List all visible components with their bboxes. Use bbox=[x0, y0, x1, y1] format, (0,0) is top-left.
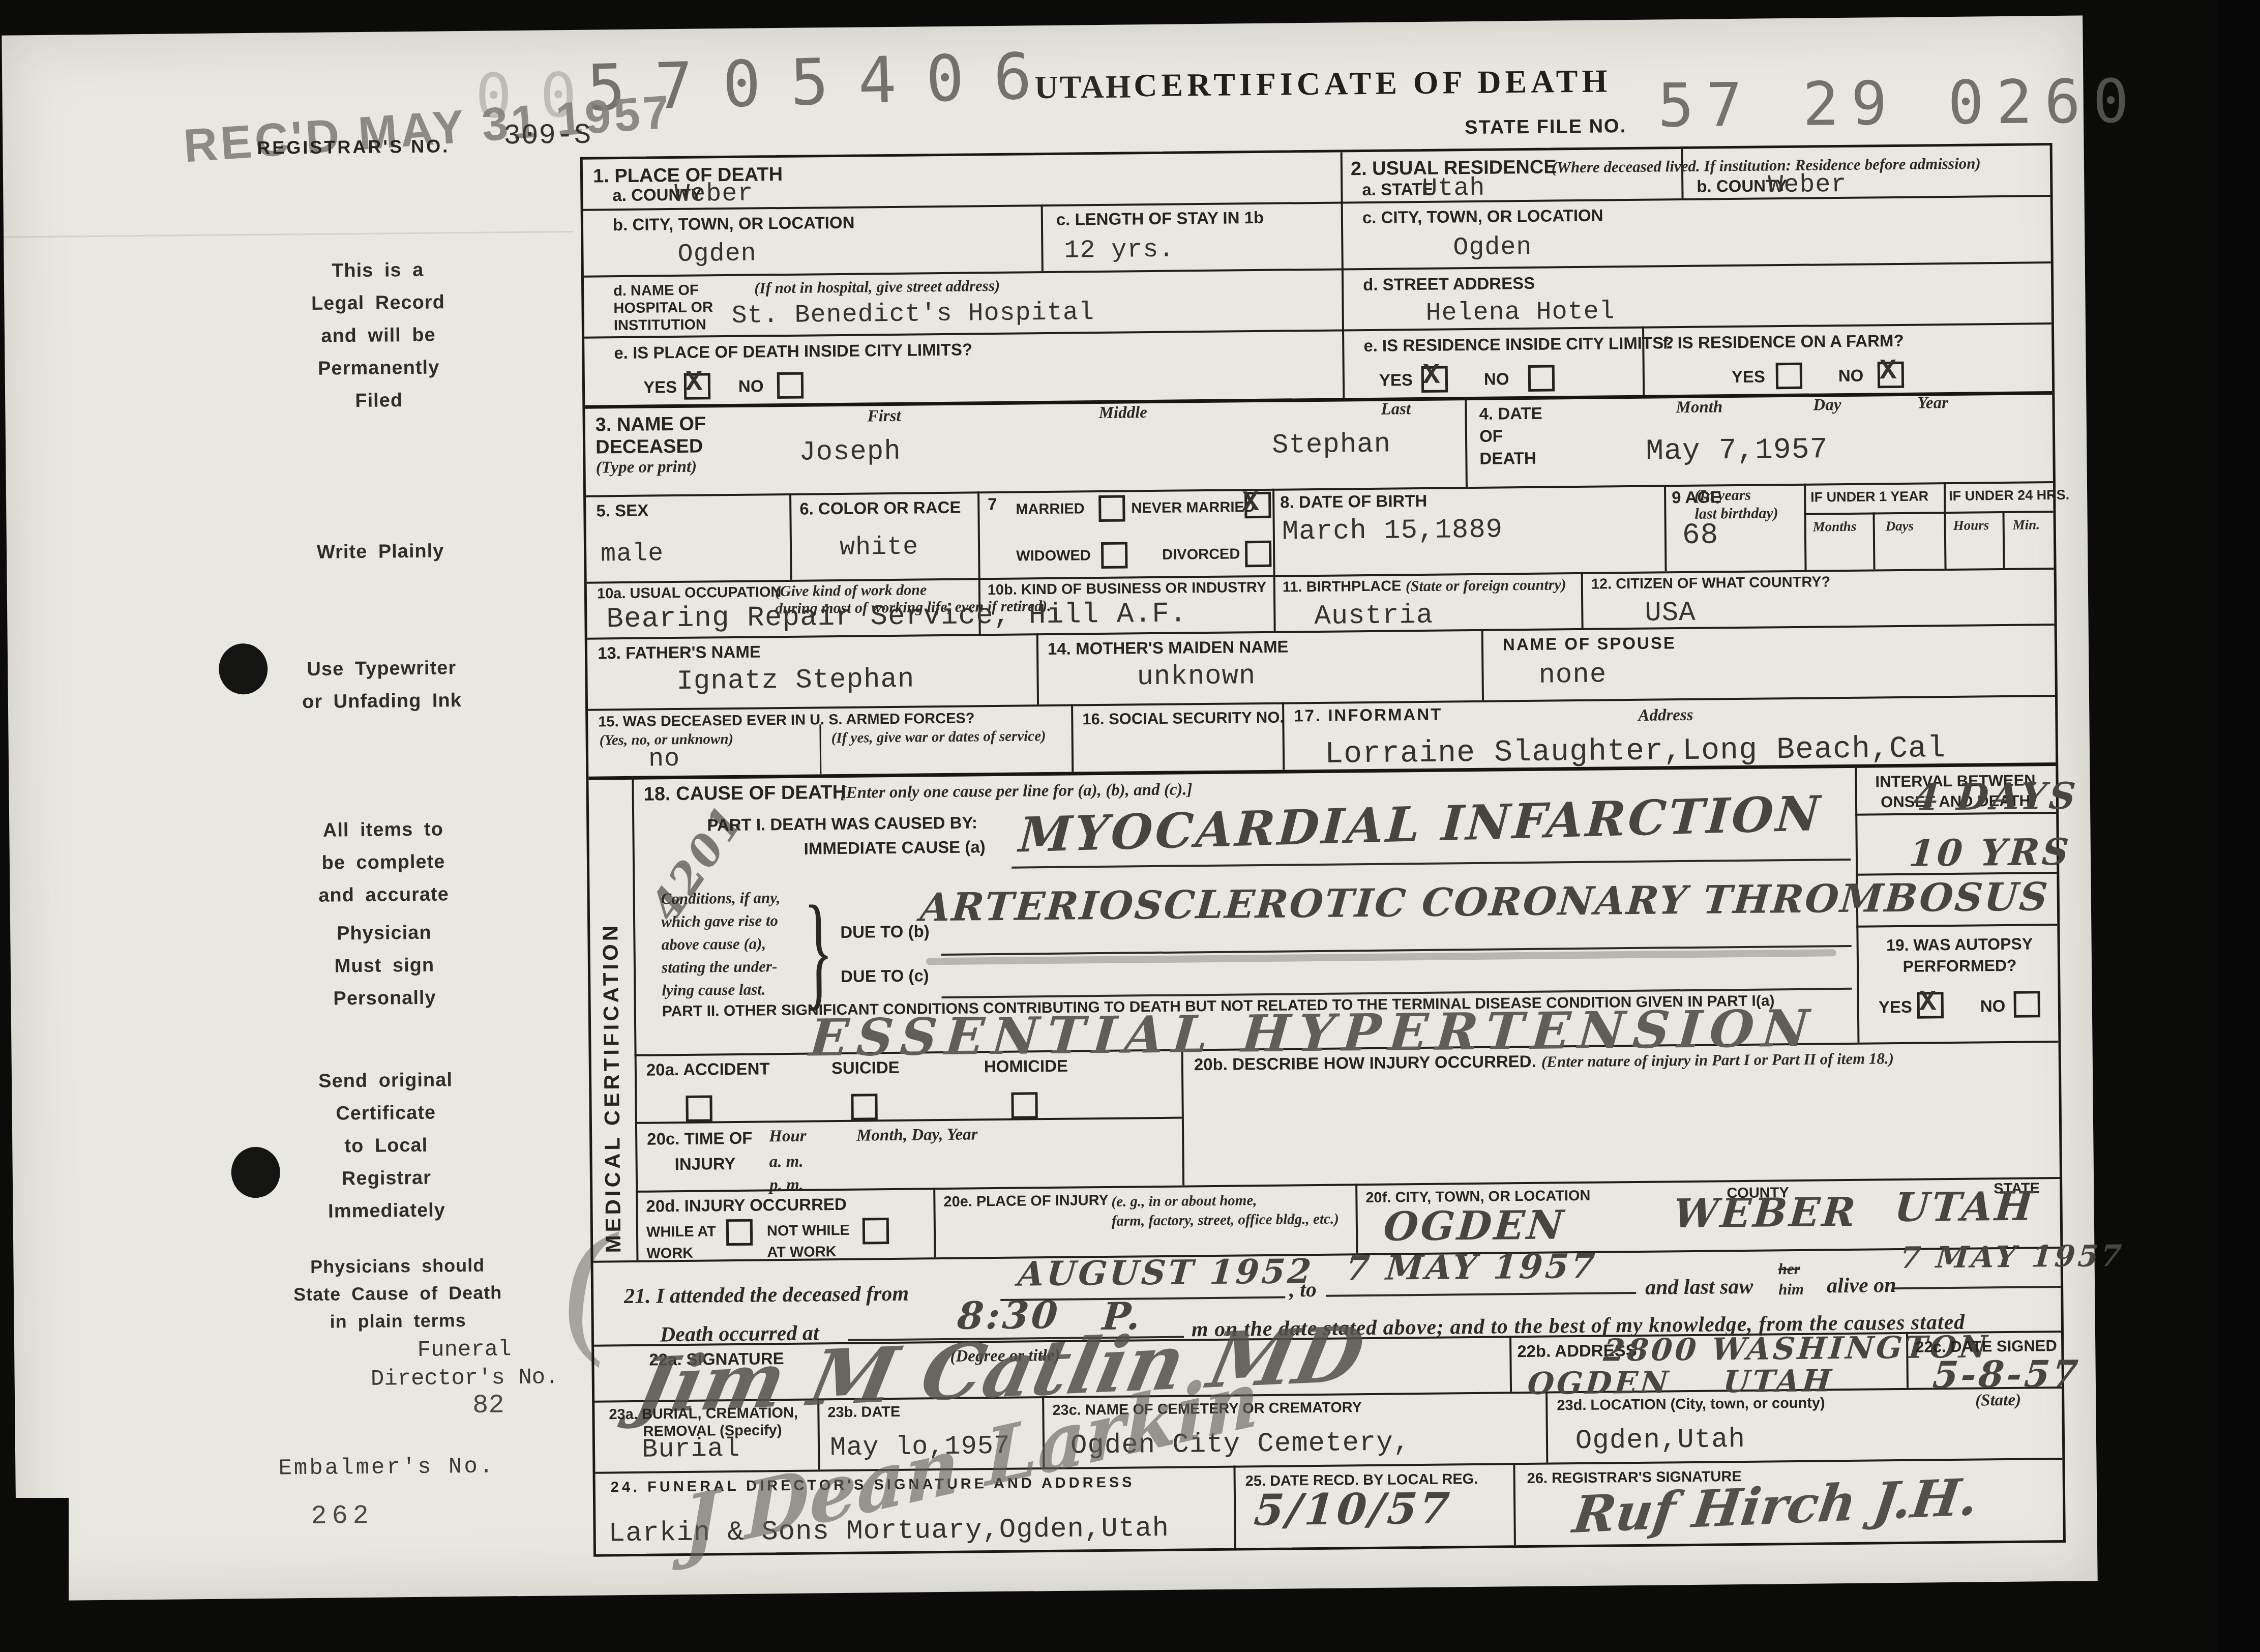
grid-line bbox=[1581, 572, 1584, 628]
field-20c-label: 20c. TIME OF bbox=[647, 1129, 753, 1149]
field-11-hint: (State or foreign country) bbox=[1406, 576, 1566, 595]
field-20f-state-value: UTAH bbox=[1893, 1183, 2037, 1231]
title-state: UTAH bbox=[1034, 68, 1133, 106]
field-1e-label: e. IS PLACE OF DEATH INSIDE CITY LIMITS? bbox=[614, 340, 972, 363]
field-3-middle-header: Middle bbox=[1098, 403, 1147, 423]
field-23d-state-hint: (State) bbox=[1975, 1391, 2021, 1410]
grid-line bbox=[584, 261, 2051, 278]
checkmark-2f-no: X bbox=[1880, 355, 1897, 387]
checkmark-7-never-married: X bbox=[1242, 486, 1259, 519]
margin-note-send-original: Send original Certificate to Local Regis… bbox=[294, 1064, 479, 1228]
field-12-label: 12. CITIZEN OF WHAT COUNTRY? bbox=[1591, 574, 1831, 593]
field-1a-value: Weber bbox=[674, 180, 754, 209]
medical-certification-sidebar: MEDICAL CERTIFICATION bbox=[598, 923, 626, 1253]
field-17-label: 17. INFORMANT bbox=[1294, 705, 1442, 726]
field-1b-label: b. CITY, TOWN, OR LOCATION bbox=[613, 213, 855, 235]
field-2a-value: Utah bbox=[1422, 174, 1485, 203]
field-1b-value: Ogden bbox=[677, 239, 757, 269]
scan-edge-band bbox=[2217, 0, 2260, 1652]
grid-line bbox=[1804, 511, 2053, 515]
field-2c-value: Ogden bbox=[1453, 233, 1532, 262]
alive-on-line bbox=[1893, 1286, 2061, 1289]
field-21-to-label: , to bbox=[1289, 1278, 1317, 1303]
checkbox-20a-accident bbox=[686, 1095, 712, 1122]
field-3-last-header: Last bbox=[1381, 400, 1411, 419]
field-17-value: Lorraine Slaughter,Long Beach,Cal bbox=[1325, 731, 1946, 772]
grid-line bbox=[1856, 924, 2057, 928]
field-3-first-header: First bbox=[867, 407, 901, 426]
checkbox-2e-no bbox=[1528, 365, 1555, 391]
field-18-due-c-label: DUE TO (c) bbox=[841, 966, 929, 986]
field-20d-notwhile-label2: AT WORK bbox=[767, 1244, 837, 1261]
field-25-value: 5/10/57 bbox=[1252, 1483, 1453, 1535]
grid-line bbox=[632, 776, 638, 1260]
field-6-label: 6. COLOR OR RACE bbox=[799, 498, 961, 519]
field-2e-yes-label: YES bbox=[1379, 370, 1413, 390]
field-20c-pm: p. m. bbox=[769, 1176, 804, 1195]
field-12-value: USA bbox=[1645, 598, 1696, 629]
field-20a-label: 20a. ACCIDENT bbox=[646, 1059, 770, 1079]
field-20d-notwhile-label: NOT WHILE bbox=[767, 1222, 850, 1240]
field-20f-city-value: OGDEN bbox=[1382, 1202, 1567, 1250]
field-2e-label: e. IS RESIDENCE INSIDE CITY LIMITS? bbox=[1363, 333, 1674, 356]
field-10b-label: 10b. KIND OF BUSINESS OR INDUSTRY bbox=[988, 579, 1267, 599]
field-1d-hint: (If not in hospital, give street address… bbox=[754, 277, 1000, 298]
checkmark-1e-yes: X bbox=[686, 366, 703, 399]
grid-line bbox=[1341, 152, 1345, 398]
scanned-death-certificate: 00 5705406 REC'D MAY 31 1957 REGISTRAR'S… bbox=[0, 0, 2260, 1652]
field-1e-no-label: NO bbox=[738, 376, 764, 396]
field-7-number: 7 bbox=[988, 494, 997, 514]
registrar-no-label: REGISTRAR'S NO. bbox=[257, 135, 450, 159]
field-18-immediate-cause-label: IMMEDIATE CAUSE (a) bbox=[804, 837, 986, 858]
field-days-header: Days bbox=[1886, 518, 1914, 535]
field-7-never-married-label: NEVER MARRIED bbox=[1131, 499, 1255, 517]
field-21-alive-value: 7 MAY 1957 bbox=[1899, 1238, 2125, 1275]
checkbox-19-no bbox=[2014, 991, 2040, 1017]
field-18-conditions-note: Conditions, if any, which gave rise to a… bbox=[661, 886, 781, 1001]
field-21-lastsaw-text: and last saw bbox=[1645, 1275, 1753, 1300]
field-22c-value: 5-8-57 bbox=[1931, 1352, 2082, 1397]
margin-note-physician-sign: Physician Must sign Personally bbox=[298, 916, 471, 1015]
field-4-title: 4. DATE OF DEATH bbox=[1479, 402, 1542, 470]
field-15-value: no bbox=[648, 745, 680, 774]
field-9-hint: (In years last birthday) bbox=[1694, 486, 1778, 523]
field-11-label: 11. BIRTHPLACE bbox=[1283, 578, 1402, 596]
field-13-label: 13. FATHER'S NAME bbox=[598, 642, 761, 663]
field-20e-hint: (e. g., in or about home, farm, factory,… bbox=[1111, 1190, 1339, 1231]
field-21-her: her bbox=[1778, 1260, 1800, 1278]
margin-note-all-items: All items to be complete and accurate bbox=[289, 813, 478, 912]
checkbox-20d-not-while-at-work bbox=[863, 1218, 889, 1244]
grid-line bbox=[1513, 1463, 1516, 1545]
state-file-no-label: STATE FILE NO. bbox=[1465, 115, 1626, 139]
field-3-last-value: Stephan bbox=[1272, 429, 1391, 461]
field-20c-mdy-header: Month, Day, Year bbox=[856, 1125, 978, 1145]
field-1c-label: c. LENGTH OF STAY IN 1b bbox=[1056, 208, 1264, 229]
field-9-value: 68 bbox=[1682, 519, 1719, 552]
grid-line bbox=[1944, 482, 1947, 569]
grid-line bbox=[819, 724, 821, 774]
checkbox-7-widowed bbox=[1101, 542, 1127, 569]
field-2-title-hint: (Where deceased lived. If institution: R… bbox=[1552, 154, 1981, 176]
page-title: CERTIFICATE OF DEATH bbox=[1134, 62, 1612, 104]
field-21-to-value: 7 MAY 1957 bbox=[1345, 1246, 1599, 1288]
field-20f-county-value: WEBER bbox=[1672, 1189, 1859, 1237]
field-15-label: 15. WAS DECEASED EVER IN U. S. ARMED FOR… bbox=[598, 710, 974, 730]
field-18-label: 18. CAUSE OF DEATH bbox=[643, 782, 846, 806]
grid-line bbox=[1465, 397, 1468, 487]
field-1e-yes-label: YES bbox=[643, 377, 677, 397]
margin-note-write-plainly: Write Plainly bbox=[289, 535, 472, 569]
field-7-married-label: MARRIED bbox=[1016, 500, 1085, 518]
grid-line bbox=[1272, 489, 1275, 575]
field-8-label: 8. DATE OF BIRTH bbox=[1280, 491, 1427, 512]
grid-line bbox=[1181, 1049, 1185, 1186]
field-7-divorced-label: DIVORCED bbox=[1162, 546, 1240, 563]
field-23d-value: Ogden,Utah bbox=[1575, 1424, 1746, 1457]
checkbox-20a-suicide bbox=[851, 1094, 877, 1120]
field-5-label: 5. SEX bbox=[596, 501, 648, 521]
field-10a-label: 10a. USUAL OCCUPATION bbox=[597, 584, 782, 602]
field-4-year-header: Year bbox=[1917, 394, 1948, 413]
grid-line bbox=[1509, 1336, 1512, 1392]
grid-line bbox=[1872, 512, 1875, 569]
field-14-value: unknown bbox=[1137, 661, 1256, 693]
grid-line bbox=[789, 493, 792, 580]
field-2d-label: d. STREET ADDRESS bbox=[1363, 274, 1535, 294]
field-21-from-value: AUGUST 1952 bbox=[1017, 1251, 1315, 1294]
field-min-header: Min. bbox=[2013, 517, 2040, 533]
field-23d-label: 23d. LOCATION (City, town, or county) bbox=[1557, 1395, 1825, 1414]
grid-line bbox=[1233, 1466, 1236, 1548]
state-file-no-value: 57 29 0260 bbox=[1657, 66, 2142, 140]
field-1c-value: 12 yrs. bbox=[1064, 235, 1175, 265]
field-18-label-hint: [Enter only one cause per line for (a), … bbox=[841, 780, 1193, 803]
field-10a-value: Bearing Repair Service, Hill A.F. bbox=[606, 597, 1187, 635]
field-2f-label: f. IS RESIDENCE ON A FARM? bbox=[1662, 331, 1904, 353]
field-16-label: 16. SOCIAL SECURITY NO. bbox=[1082, 709, 1284, 729]
field-21-him: him bbox=[1778, 1280, 1804, 1299]
field-20e-label: 20e. PLACE OF INJURY bbox=[943, 1192, 1109, 1211]
grid-line bbox=[2002, 511, 2005, 568]
field-4-month-header: Month bbox=[1676, 398, 1722, 417]
field-3-first-value: Joseph bbox=[799, 436, 901, 468]
checkbox-1e-no bbox=[777, 372, 804, 399]
field-19-yes-label: YES bbox=[1879, 997, 1912, 1017]
field-11-value: Austria bbox=[1314, 600, 1433, 632]
scan-corner-shadow bbox=[0, 1498, 69, 1652]
grid-line bbox=[1545, 1392, 1548, 1463]
field-6-value: white bbox=[840, 533, 919, 562]
pencil-smudge bbox=[926, 949, 1836, 965]
field-20c-hour-header: Hour bbox=[769, 1127, 807, 1146]
funeral-director-no-value: 82 bbox=[472, 1391, 504, 1420]
embalmer-no-value: 262 bbox=[311, 1502, 374, 1531]
attended-to-line bbox=[1326, 1292, 1636, 1297]
field-1d-label: d. NAME OF HOSPITAL OR INSTITUTION bbox=[613, 281, 713, 334]
checkbox-2f-yes bbox=[1776, 363, 1802, 389]
field-20d-while-label: WHILE AT bbox=[646, 1223, 716, 1241]
checkmark-2e-yes: X bbox=[1423, 359, 1440, 392]
field-21-attended-text: 21. I attended the deceased from bbox=[624, 1282, 909, 1309]
field-17-address-header: Address bbox=[1638, 706, 1693, 725]
grid-line bbox=[1664, 485, 1667, 571]
punch-hole bbox=[231, 1147, 280, 1198]
field-21-alive-text: alive on bbox=[1827, 1273, 1896, 1298]
field-23a-value: Burial bbox=[642, 1434, 740, 1465]
field-spouse-value: none bbox=[1538, 659, 1607, 691]
interval-b-value: 10 YRS bbox=[1908, 830, 2073, 875]
checkbox-7-divorced bbox=[1245, 541, 1271, 567]
grid-line bbox=[1036, 633, 1039, 704]
registrar-no-value: 309-S bbox=[503, 119, 592, 153]
field-spouse-label: NAME OF SPOUSE bbox=[1503, 633, 1676, 654]
cause-b-value: ARTERIOSCLEROTIC CORONARY THROMBOSUS bbox=[918, 874, 2050, 930]
field-19-no-label: NO bbox=[1980, 996, 2006, 1016]
field-20a-homicide-label: HOMICIDE bbox=[984, 1056, 1068, 1077]
field-2e-no-label: NO bbox=[1484, 369, 1509, 389]
paper-crease bbox=[4, 231, 573, 238]
field-14-label: 14. MOTHER'S MAIDEN NAME bbox=[1048, 637, 1289, 659]
field-20c-label2: INJURY bbox=[675, 1154, 736, 1174]
field-3-title: 3. NAME OF DECEASED bbox=[596, 412, 706, 458]
field-23b-label: 23b. DATE bbox=[827, 1404, 900, 1421]
field-20c-am: a. m. bbox=[769, 1153, 803, 1172]
field-20d-label: 20d. INJURY OCCURRED bbox=[646, 1195, 847, 1216]
checkbox-20d-while-at-work bbox=[726, 1219, 753, 1246]
grid-line bbox=[1481, 629, 1484, 700]
field-5-value: male bbox=[601, 539, 664, 569]
grid-line bbox=[977, 491, 980, 578]
margin-note-legal-record: This is a Legal Record and will be Perma… bbox=[286, 253, 470, 418]
field-2b-value: Weber bbox=[1768, 170, 1847, 200]
checkbox-7-married bbox=[1098, 495, 1125, 522]
field-18-part1-label: PART I. DEATH WAS CAUSED BY: bbox=[707, 813, 977, 835]
field-20b-label: 20b. DESCRIBE HOW INJURY OCCURRED. bbox=[1194, 1052, 1536, 1074]
certificate-paper: 00 5705406 REC'D MAY 31 1957 REGISTRAR'S… bbox=[2, 15, 2097, 1601]
field-20d-while-label2: WORK bbox=[646, 1245, 693, 1262]
field-under-24-hrs-label: IF UNDER 24 HRS. bbox=[1949, 487, 2069, 504]
field-15-hint2: (If yes, give war or dates of service) bbox=[831, 728, 1046, 747]
field-2f-yes-label: YES bbox=[1732, 367, 1765, 387]
field-2c-label: c. CITY, TOWN, OR LOCATION bbox=[1362, 205, 1603, 227]
field-20b-hint: (Enter nature of injury in Part I or Par… bbox=[1541, 1049, 1894, 1071]
grid-line bbox=[1355, 1184, 1358, 1253]
grid-line bbox=[933, 1188, 936, 1257]
grid-line bbox=[1041, 204, 1044, 271]
certificate-form: 1. PLACE OF DEATH a. COUNTY Weber b. CIT… bbox=[580, 143, 2066, 1557]
grid-line bbox=[1804, 484, 1807, 570]
margin-note-use-typewriter: Use Typewriter or Unfading Ink bbox=[280, 652, 484, 719]
checkbox-20a-homicide bbox=[1011, 1092, 1037, 1118]
field-8-value: March 15,1889 bbox=[1282, 514, 1503, 547]
grid-line bbox=[1071, 704, 1074, 772]
margin-note-plain-terms: Physicians should State Cause of Death i… bbox=[262, 1251, 533, 1336]
field-4-value: May 7,1957 bbox=[1646, 433, 1828, 468]
grid-line bbox=[1273, 575, 1276, 631]
field-2d-value: Helena Hotel bbox=[1425, 297, 1615, 328]
field-18-due-b-label: DUE TO (b) bbox=[840, 922, 930, 942]
field-2f-no-label: NO bbox=[1838, 366, 1864, 386]
embalmer-no-label: Embalmer's No. bbox=[188, 1452, 585, 1484]
interval-a-value: 4 DAYS bbox=[1912, 774, 2080, 819]
field-1d-value: St. Benedict's Hospital bbox=[731, 298, 1094, 331]
field-under-1-year-label: IF UNDER 1 YEAR bbox=[1810, 488, 1928, 505]
grid-line bbox=[635, 1117, 1182, 1124]
punch-hole bbox=[219, 643, 268, 695]
checkmark-19-yes: X bbox=[1919, 986, 1936, 1018]
field-7-widowed-label: WIDOWED bbox=[1016, 547, 1091, 565]
field-20a-suicide-label: SUICIDE bbox=[831, 1058, 900, 1078]
field-4-day-header: Day bbox=[1813, 396, 1841, 415]
field-19-label: 19. WAS AUTOPSY PERFORMED? bbox=[1861, 933, 2058, 978]
field-23a-label: 23a. BURIAL, CREMATION, bbox=[609, 1405, 798, 1424]
field-13-value: Ignatz Stephan bbox=[676, 664, 914, 697]
field-3-hint: (Type or print) bbox=[596, 458, 697, 478]
field-months-header: Months bbox=[1813, 519, 1857, 535]
field-hours-header: Hours bbox=[1953, 517, 1989, 534]
